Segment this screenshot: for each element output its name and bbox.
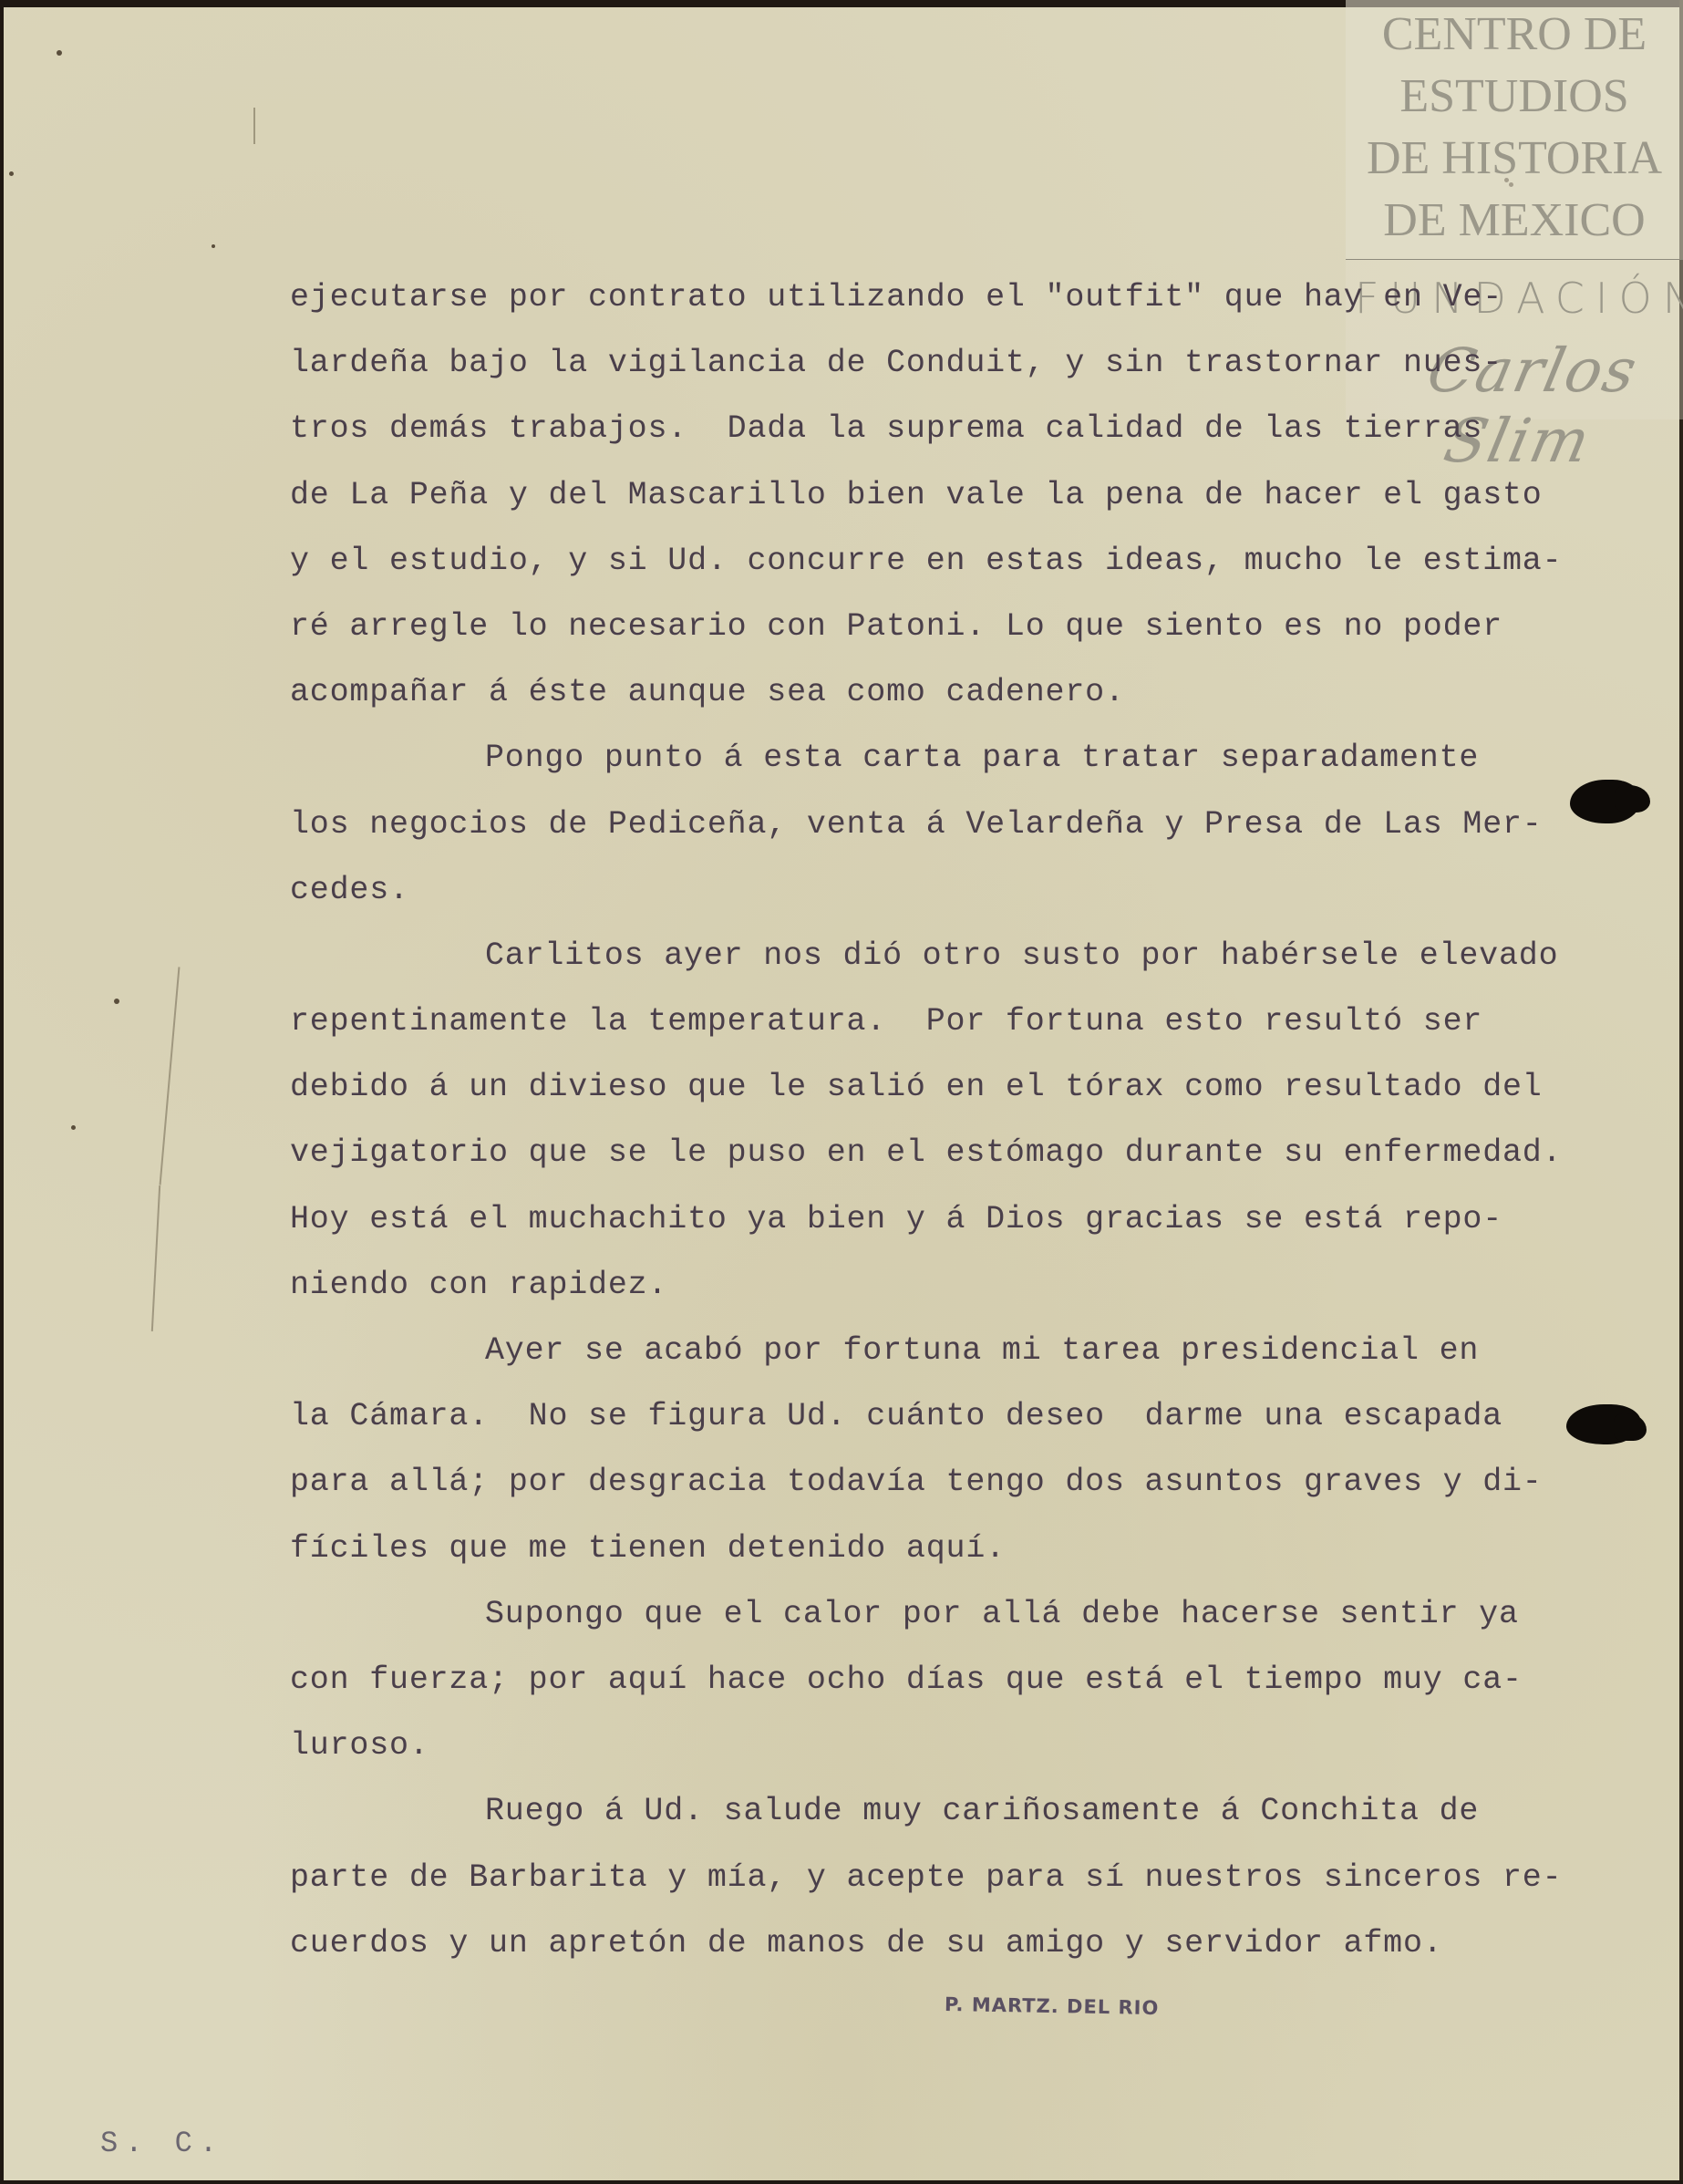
letter-line: ré arregle lo necesario con Patoni. Lo q… (290, 594, 1585, 659)
scan-border-left (0, 0, 4, 2184)
watermark-line: CENTRO DE (1346, 11, 1683, 58)
punch-hole (1566, 1404, 1641, 1444)
letter-line: con fuerza; por aquí hace ocho días que … (290, 1647, 1585, 1713)
letter-line: debido á un divieso que le salió en el t… (290, 1054, 1585, 1120)
paper-speck (212, 244, 215, 248)
letter-line: cuerdos y un apretón de manos de su amig… (290, 1910, 1585, 1976)
paper-speck (114, 999, 119, 1004)
letter-line: y el estudio, y si Ud. concurre en estas… (290, 528, 1585, 594)
watermark-line: DE HISTORIA (1346, 135, 1683, 182)
letter-line: parte de Barbarita y mía, y acepte para … (290, 1845, 1585, 1910)
paragraph-start-line: Carlitos ayer nos dió otro susto por hab… (290, 923, 1585, 988)
watermark-line: ESTUDIOS (1346, 73, 1683, 120)
letter-line: para allá; por desgracia todavía tengo d… (290, 1449, 1585, 1515)
letter-line: cedes. (290, 857, 1585, 923)
paragraph-start-line: Ruego á Ud. salude muy cariñosamente á C… (290, 1778, 1585, 1844)
paragraph-start-line: Ayer se acabó por fortuna mi tarea presi… (290, 1318, 1585, 1383)
letter-line: ejecutarse por contrato utilizando el "o… (290, 264, 1585, 330)
letter-line: acompañar á éste aunque sea como cadener… (290, 659, 1585, 725)
letter-line: tros demás trabajos. Dada la suprema cal… (290, 396, 1585, 461)
letter-line: repentinamente la temperatura. Por fortu… (290, 988, 1585, 1054)
letter-body: ejecutarse por contrato utilizando el "o… (290, 264, 1585, 1976)
letter-line: de La Peña y del Mascarillo bien vale la… (290, 462, 1585, 528)
paper-crease (253, 108, 255, 144)
punch-hole (1570, 780, 1641, 823)
letter-line: los negocios de Pediceña, venta á Velard… (290, 792, 1585, 857)
letter-line: luroso. (290, 1713, 1585, 1778)
letter-line: lardeña bajo la vigilancia de Conduit, y… (290, 330, 1585, 396)
watermark-line: DE MEXICO (1346, 197, 1683, 244)
scan-border-bottom (0, 2180, 1683, 2184)
paragraph-start-line: Supongo que el calor por allá debe hacer… (290, 1581, 1585, 1647)
letter-line: niendo con rapidez. (290, 1252, 1585, 1318)
paper-speck (57, 50, 62, 56)
typist-initials: S. C. (100, 2127, 224, 2160)
signature-stamp: P. MARTZ. DEL RIO (945, 1993, 1160, 2019)
letter-line: Hoy está el muchachito ya bien y á Dios … (290, 1186, 1585, 1252)
letter-line: fíciles que me tienen detenido aquí. (290, 1516, 1585, 1581)
paper-speck (71, 1125, 76, 1130)
paper-speck (9, 171, 14, 176)
letter-line: la Cámara. No se figura Ud. cuánto deseo… (290, 1383, 1585, 1449)
paragraph-start-line: Pongo punto á esta carta para tratar sep… (290, 725, 1585, 791)
letter-line: vejigatorio que se le puso en el estómag… (290, 1120, 1585, 1185)
